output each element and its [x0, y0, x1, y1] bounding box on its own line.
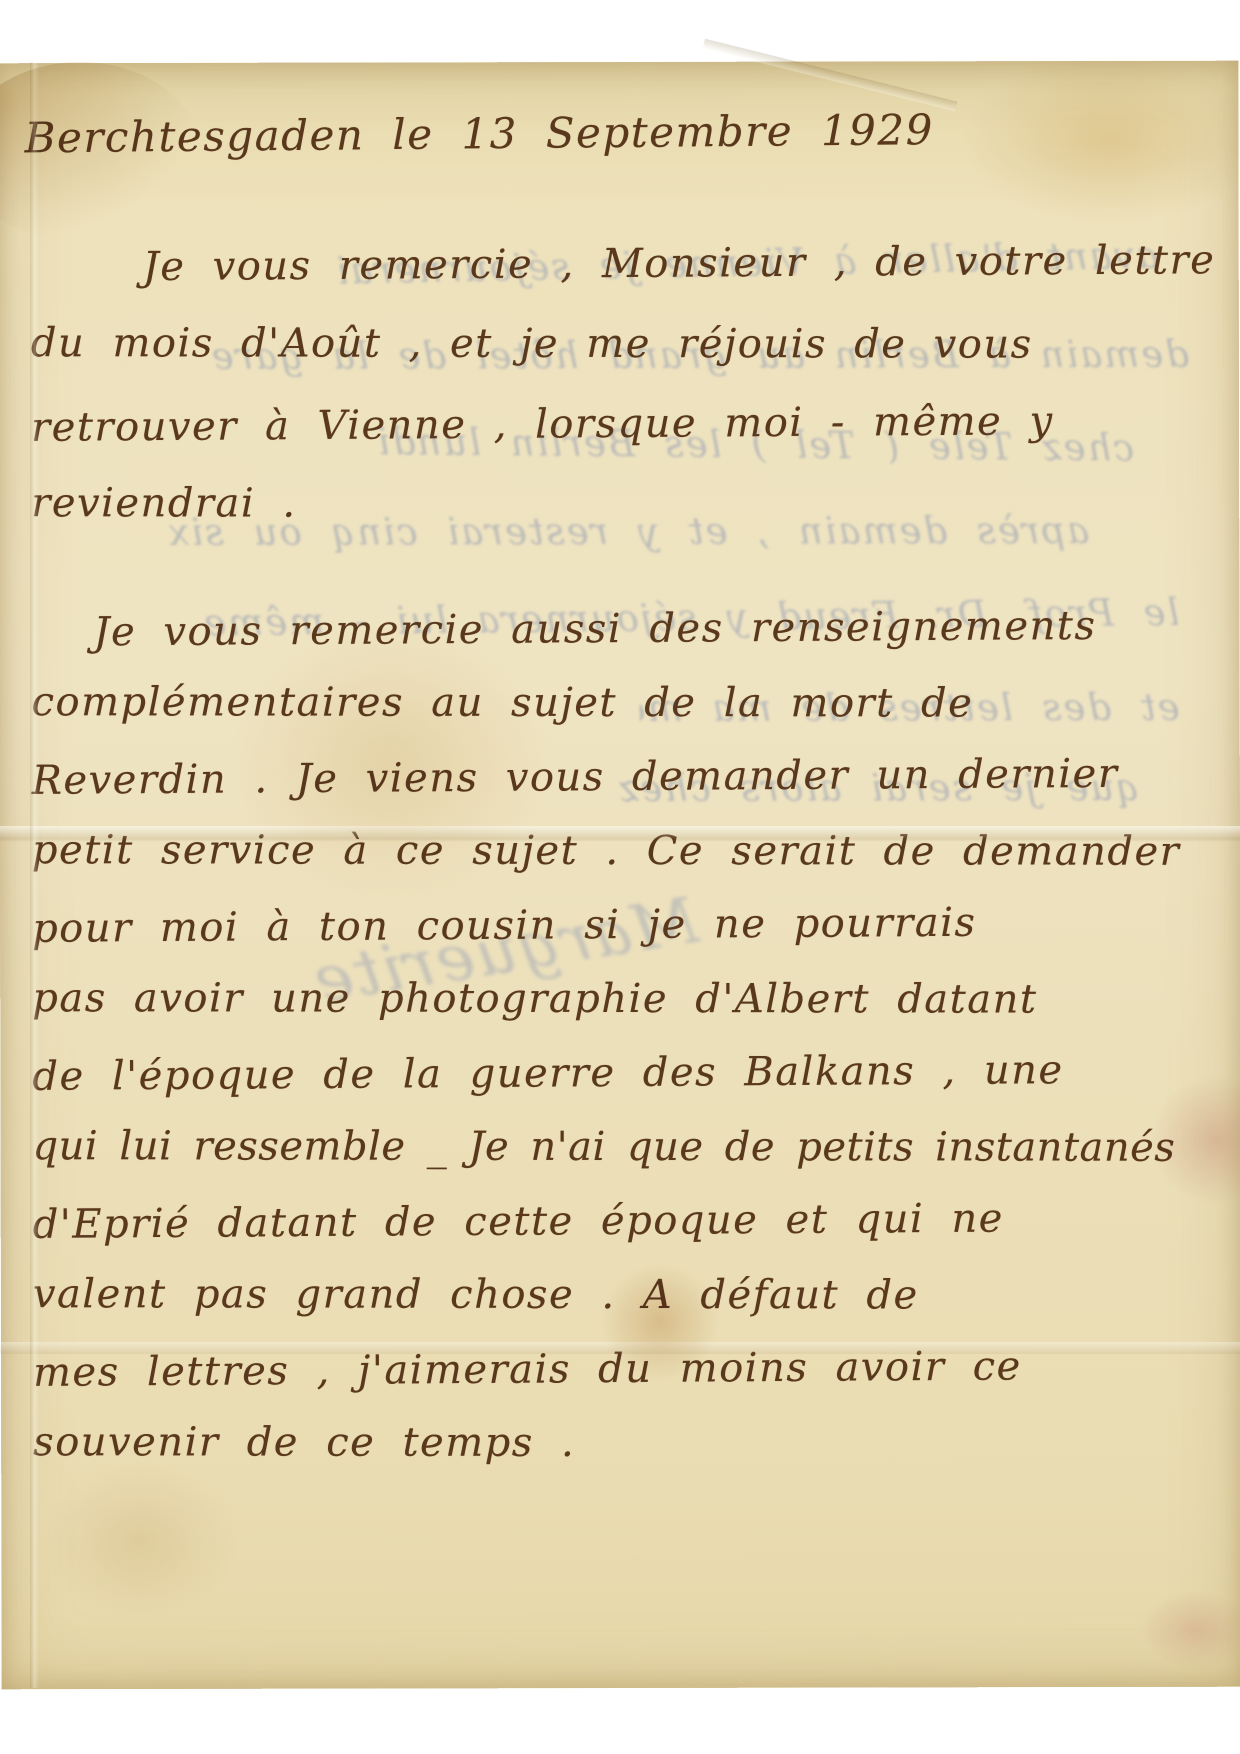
paragraph-2: Je vous remercie aussi des renseignement…: [0, 591, 1240, 1482]
handwritten-line: d'Eprié datant de cette époque et qui ne: [32, 1180, 1220, 1262]
handwritten-line: de l'époque de la guerre des Balkans , u…: [32, 1032, 1220, 1114]
letter-scan-page: avant d'aller à Vienne je séjournerai qu…: [0, 61, 1240, 1690]
dateline: Berchtesgaden le 13 Septembre 1929: [0, 56, 1239, 173]
handwritten-line: du mois d'Août , et je me réjouis de vou…: [31, 303, 1219, 385]
handwritten-line: valent pas grand chose . A défaut de: [33, 1257, 1221, 1333]
paragraph-1: Je vous remercie , Monsieur , de votre l…: [0, 223, 1239, 546]
handwritten-line: Reverdin . Je viens vous demander un der…: [32, 736, 1220, 818]
handwritten-line: retrouver à Vienne , lorsque moi - même …: [31, 380, 1219, 468]
handwritten-line: pas avoir une photographie d'Albert data…: [32, 961, 1220, 1037]
handwritten-line: souvenir de ce temps .: [33, 1405, 1221, 1481]
handwritten-line: mes lettres , j'aimerais du moins avoir …: [33, 1328, 1221, 1410]
handwritten-line: Je vous remercie aussi des renseignement…: [31, 588, 1219, 670]
handwritten-line: pour moi à ton cousin si je ne pourrais: [32, 884, 1220, 966]
handwritten-line: Je vous remercie , Monsieur , de votre l…: [30, 220, 1218, 308]
handwritten-line: qui lui ressemble _ Je n'ai que de petit…: [33, 1109, 1221, 1185]
handwritten-line: complémentaires au sujet de la mort de: [32, 665, 1220, 741]
handwritten-line: petit service à ce sujet . Ce serait de …: [32, 813, 1220, 889]
handwritten-line: reviendrai .: [31, 463, 1219, 545]
